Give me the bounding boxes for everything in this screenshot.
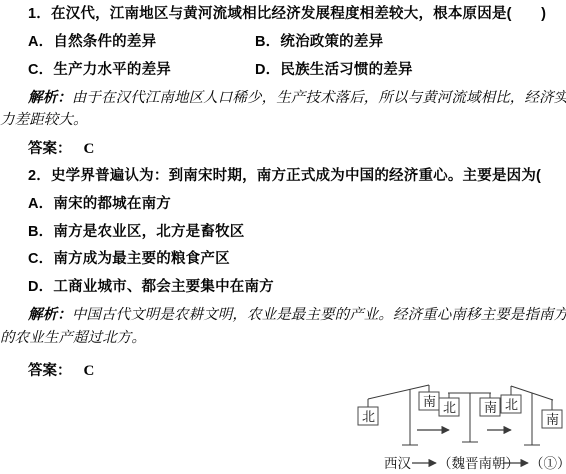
q2-answer-line: 答案：C — [28, 362, 94, 380]
q1-answer-value: C — [84, 141, 95, 157]
document-page: 1．在汉代，江南地区与黄河流域相比经济发展程度相差较大，根本原因是( ) A．自… — [0, 0, 566, 474]
q1-option-a: A．自然条件的差异 — [28, 34, 156, 51]
q2-analysis-line-2: 的农业生产超过北方。 — [0, 330, 146, 347]
q2-answer-value: C — [84, 363, 95, 379]
q1-analysis-line-2: 力差距较大。 — [0, 112, 88, 129]
north-weight-label: 北 — [505, 397, 518, 412]
q1-option-c: C．生产力水平的差异 — [28, 62, 171, 79]
caption-stage-1: 西汉 — [384, 456, 411, 471]
south-weight-label: 南 — [546, 412, 559, 427]
north-weight-label: 北 — [362, 409, 375, 424]
q2-analysis-line-1: 解析：中国古代文明是农耕文明，农业是最主要的产业。经济重心南移主要是指南方 — [28, 307, 566, 324]
caption-stage-3: （①） — [530, 456, 566, 471]
q1-analysis-line-1: 解析：由于在汉代江南地区人口稀少，生产技术落后，所以与黄河流域相比，经济实 — [28, 90, 566, 107]
q1-option-d: D．民族生活习惯的差异 — [255, 62, 413, 79]
q2-answer-label: 答案： — [28, 363, 72, 379]
q1-answer-label: 答案： — [28, 141, 72, 157]
balance-scale-wei-jin: 北 南 — [439, 393, 500, 442]
q2-analysis-text-1: 中国古代文明是农耕文明，农业是最主要的产业。经济重心南移主要是指南方 — [72, 307, 566, 323]
diagram-caption: 西汉 （魏晋南朝） （①） — [384, 455, 566, 471]
q1-answer-line: 答案：C — [28, 140, 94, 158]
q2-option-c: C．南方成为最主要的粮食产区 — [28, 251, 230, 268]
south-weight-label: 南 — [423, 394, 436, 409]
q2-analysis-label: 解析： — [28, 307, 72, 323]
question-2-stem: 2．史学界普遍认为：到南宋时期，南方正式成为中国的经济重心。主要是因为( ) — [28, 168, 566, 185]
q2-option-a: A．南宋的都城在南方 — [28, 196, 171, 213]
balance-diagram: 北 南 北 南 北 南 — [350, 380, 566, 474]
q1-analysis-text-1: 由于在汉代江南地区人口稀少，生产技术落后，所以与黄河流域相比，经济实 — [72, 90, 566, 106]
balance-scale-west-han: 北 南 — [358, 385, 439, 445]
south-weight-label: 南 — [484, 400, 497, 415]
q2-option-d: D．工商业城市、都会主要集中在南方 — [28, 279, 274, 296]
balance-scale-stage-3: 北 南 — [501, 386, 562, 445]
question-1-stem: 1．在汉代，江南地区与黄河流域相比经济发展程度相差较大，根本原因是( ) — [28, 6, 546, 23]
north-weight-label: 北 — [443, 400, 456, 415]
q1-option-b: B．统治政策的差异 — [255, 34, 383, 51]
q1-analysis-label: 解析： — [28, 90, 72, 106]
q2-option-b: B．南方是农业区，北方是畜牧区 — [28, 224, 244, 241]
